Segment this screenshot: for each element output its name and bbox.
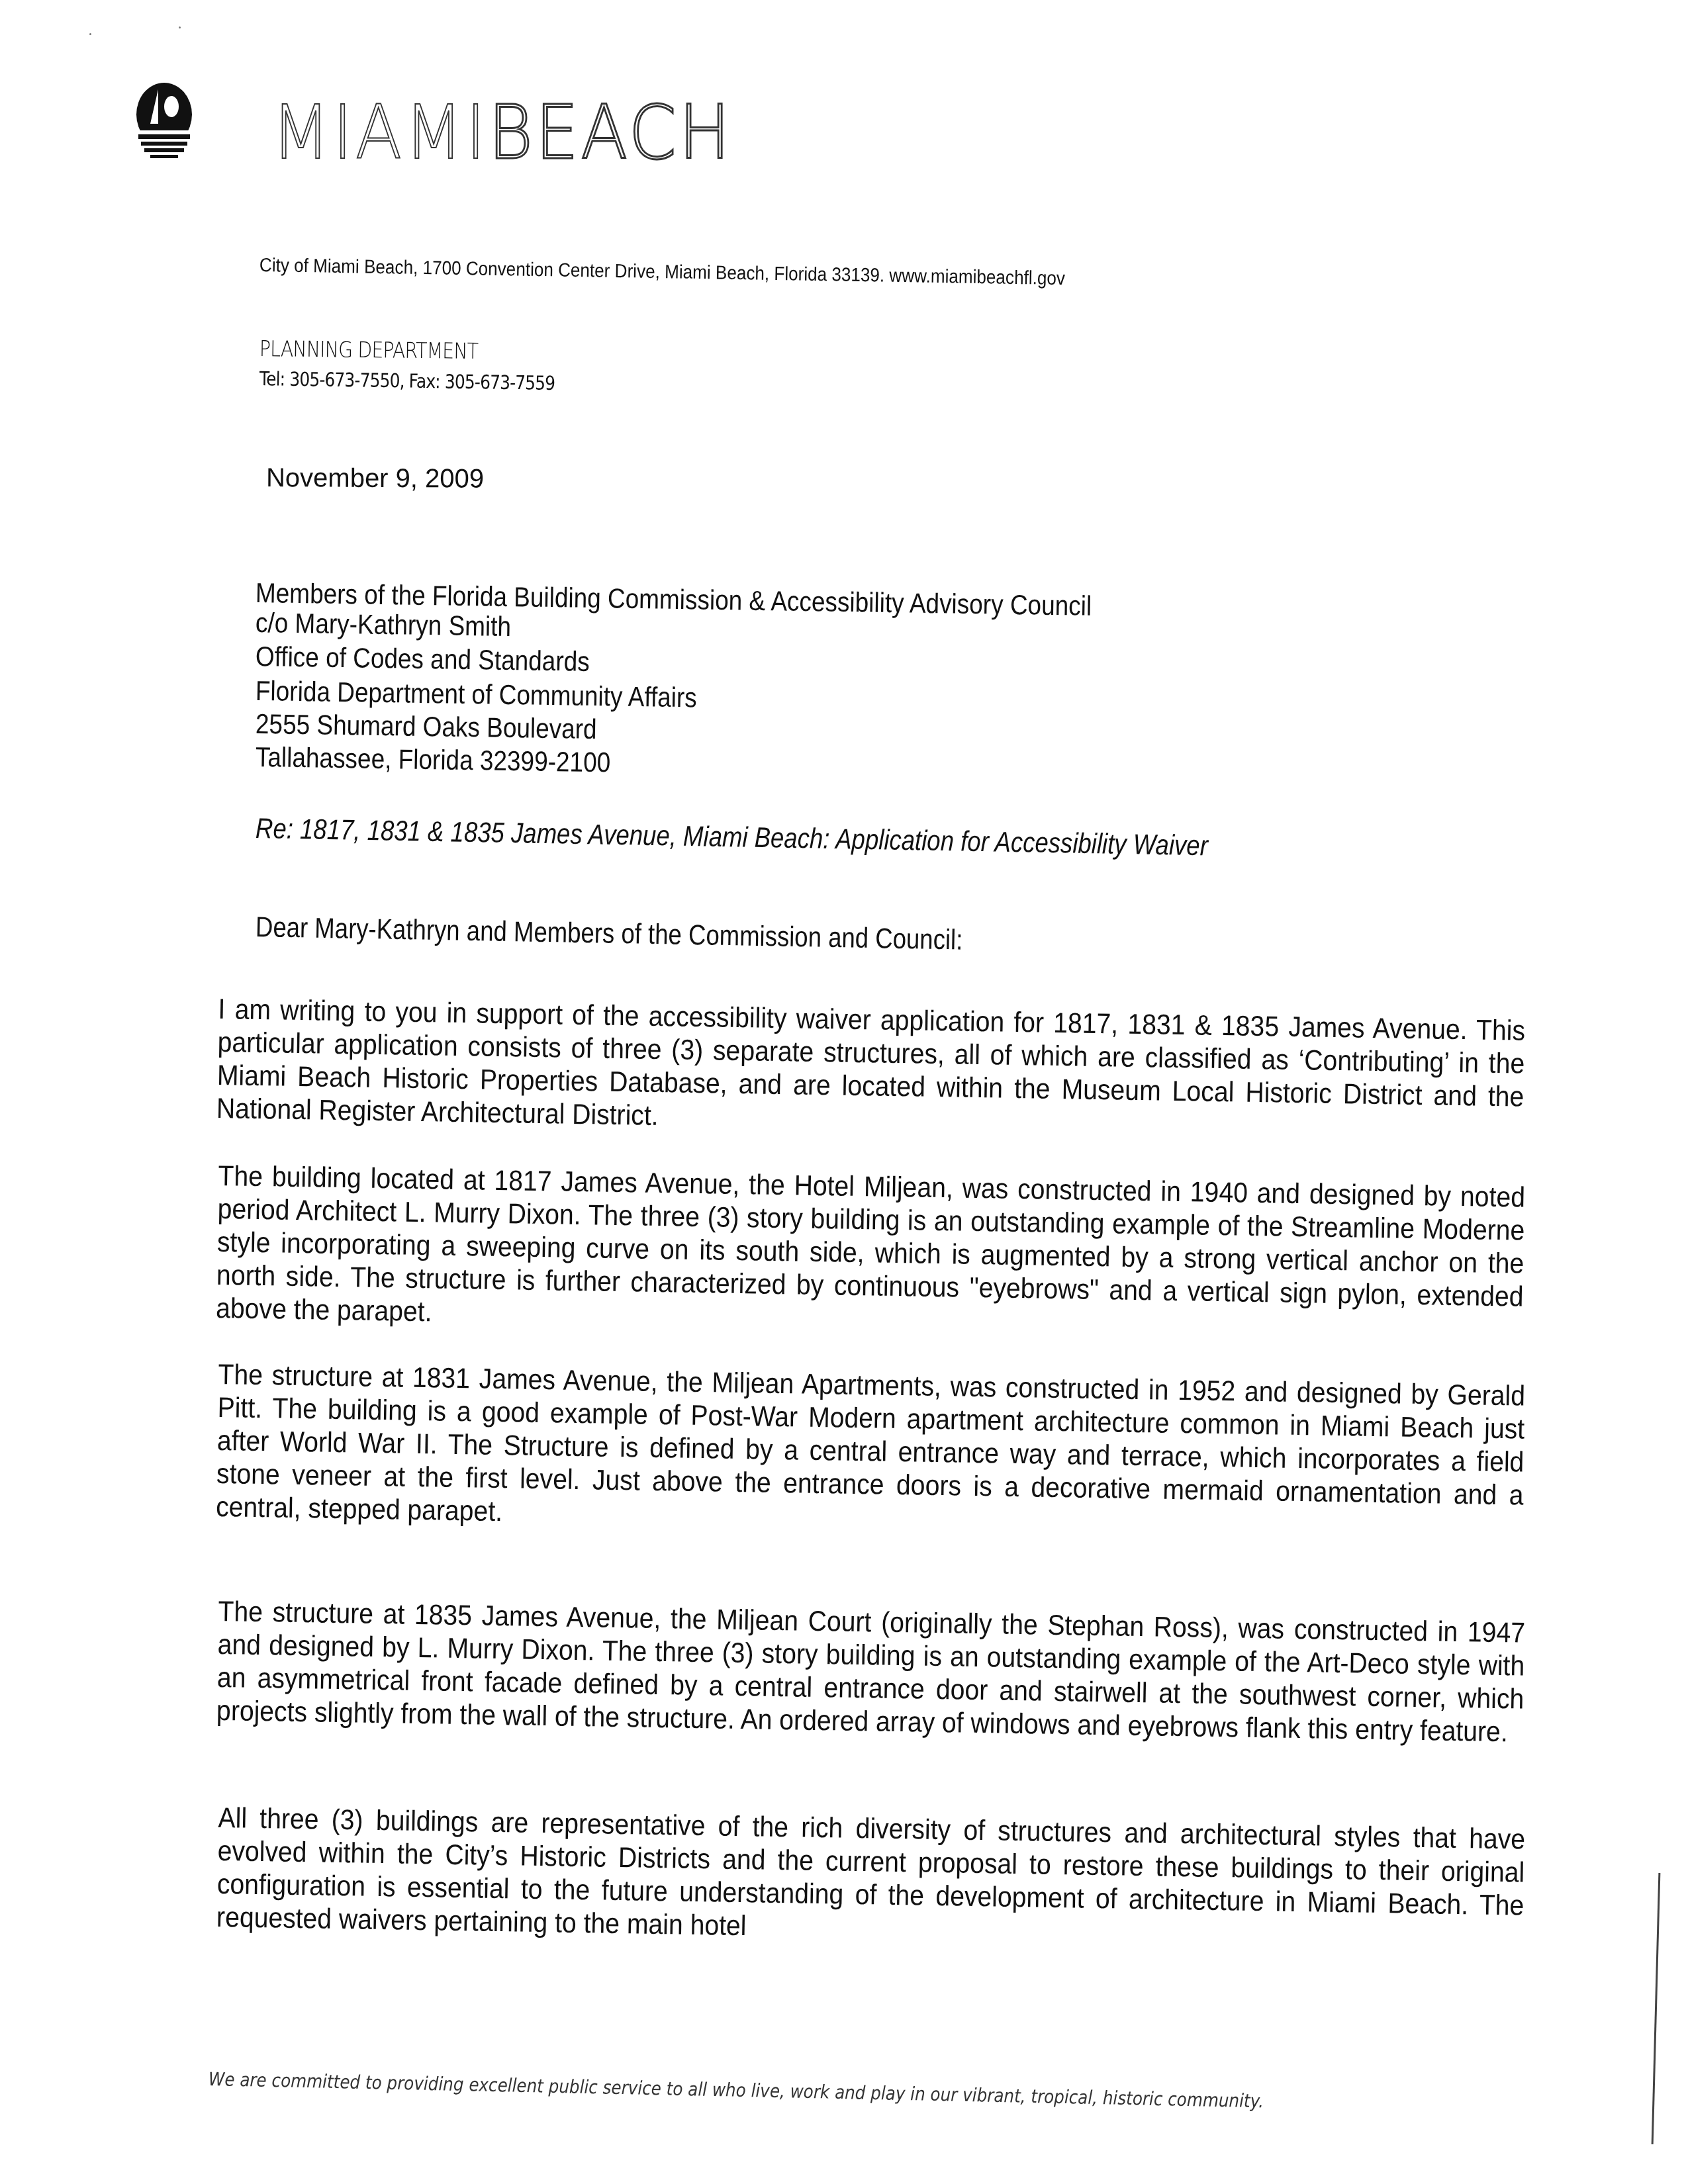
letter-page: MIAMIBEACH City of Miami Beach, 1700 Con… — [0, 0, 1688, 2184]
body-paragraph-5: All three (3) buildings are representati… — [216, 1801, 1526, 1956]
footer-tagline: We are committed to providing excellent … — [209, 2068, 1264, 2112]
body-paragraph-2: The building located at 1817 James Avenu… — [216, 1160, 1526, 1347]
letter-date: November 9, 2009 — [266, 463, 484, 494]
scan-edge-mark — [1652, 1873, 1661, 2144]
recipient-line: 2555 Shumard Oaks Boulevard — [256, 708, 597, 745]
subject-line: Re: 1817, 1831 & 1835 James Avenue, Miam… — [256, 813, 1209, 862]
scan-speck — [179, 26, 181, 28]
recipient-line: Tallahassee, Florida 32399-2100 — [256, 741, 611, 778]
salutation: Dear Mary-Kathryn and Members of the Com… — [256, 911, 963, 957]
paragraph-text: The structure at 1835 James Avenue, the … — [216, 1595, 1526, 1749]
miami-beach-wordmark: MIAMIBEACH — [271, 96, 733, 170]
paragraph-text: The building located at 1817 James Avenu… — [216, 1160, 1526, 1347]
scan-speck — [89, 33, 91, 35]
paragraph-text: All three (3) buildings are representati… — [216, 1801, 1526, 1956]
paragraph-text: I am writing to you in support of the ac… — [216, 993, 1526, 1147]
department-name: PLANNING DEPARTMENT — [259, 336, 479, 364]
body-paragraph-4: The structure at 1835 James Avenue, the … — [216, 1595, 1526, 1749]
body-paragraph-3: The structure at 1831 James Avenue, the … — [216, 1358, 1526, 1545]
recipient-line: Florida Department of Community Affairs — [256, 675, 698, 713]
city-address: City of Miami Beach, 1700 Convention Cen… — [259, 255, 1065, 290]
recipient-line: Office of Codes and Standards — [256, 641, 590, 678]
wordmark-miami: MIAMI — [271, 90, 488, 176]
phone-fax: Tel: 305-673-7550, Fax: 305-673-7559 — [259, 367, 555, 394]
paragraph-text: The structure at 1831 James Avenue, the … — [216, 1358, 1526, 1545]
recipient-line: c/o Mary-Kathryn Smith — [256, 607, 512, 643]
wordmark-beach: BEACH — [488, 90, 732, 176]
body-paragraph-1: I am writing to you in support of the ac… — [216, 993, 1526, 1147]
miami-beach-logo-icon — [136, 83, 193, 162]
